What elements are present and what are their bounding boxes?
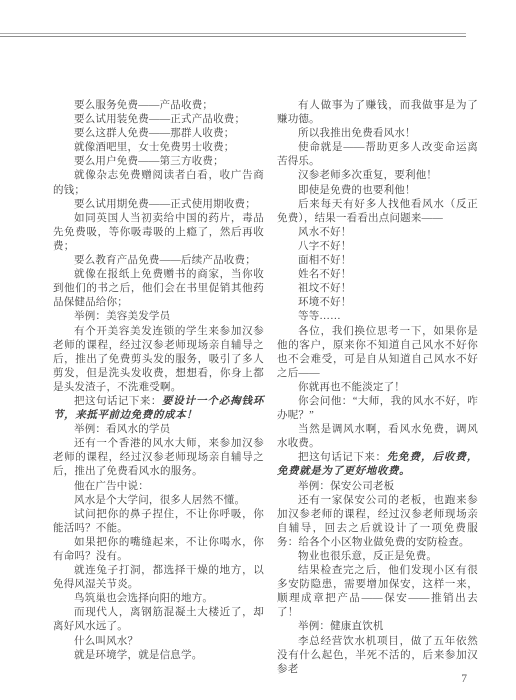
- paragraph-text: 要么试用期免费——正式使用期收费；: [74, 199, 256, 210]
- paragraph-text: 如果把你的嘴缝起来，不让你喝水，你有命吗？没有。: [53, 537, 264, 562]
- paragraph: 汉参老师多次重复，要利他！: [277, 169, 478, 183]
- paragraph-text: 有个开美容美发连锁的学生来参加汉参老师的课程，经过汉参老师现场亲自辅导之后，推出…: [53, 326, 264, 393]
- paragraph: 姓名不好！: [277, 268, 478, 282]
- paragraph-text: 把这句话记下来：: [298, 452, 387, 463]
- paragraph: 当然是调风水啊，看风水免费，调风水收费。: [277, 423, 478, 451]
- book-page: 要么服务免费——产品收费；要么试用装免费——正式产品收费；要么这群人免费——那群…: [0, 0, 516, 700]
- paragraph-text: 风水不好！: [298, 227, 352, 238]
- paragraph-text: 当然是调风水啊，看风水免费，调风水收费。: [277, 424, 478, 449]
- paragraph: 要么这群人免费——那群人收费；: [53, 127, 264, 141]
- paragraph: 风水是个大学问，很多人居然不懂。: [53, 494, 264, 508]
- paragraph: 风水不好！: [277, 226, 478, 240]
- paragraph: 如同英国人当初卖给中国的药片，毒品先免费吸，等你吸毒吸的上瘾了，然后再收费；: [53, 212, 264, 254]
- paragraph-text: 汉参老师多次重复，要利他！: [298, 170, 437, 181]
- paragraph: 要么教育产品免费——后续产品收费；: [53, 254, 264, 268]
- paragraph-text: 面相不好！: [298, 255, 352, 266]
- paragraph: 你会问他：“大师，我的风水不好，咋办呢？”: [277, 395, 478, 423]
- paragraph: 还有一家保安公司的老板，也跑来参加汉参老师的课程，经过汉参老师现场亲自辅导，回去…: [277, 494, 478, 550]
- paragraph-text: 还有一家保安公司的老板，也跑来参加汉参老师的课程，经过汉参老师现场亲自辅导，回去…: [277, 495, 478, 548]
- paragraph: 把这句话记下来：先免费，后收费，免费就是为了更好地收费。: [277, 451, 478, 479]
- paragraph: 就连兔子打洞，都选择干燥的地方，以免得风湿关节炎。: [53, 564, 264, 592]
- paragraph: 环境不好！: [277, 296, 478, 310]
- paragraph: 就是环境学，就是信息学。: [53, 649, 264, 663]
- page-number: 7: [461, 673, 467, 685]
- paragraph: 物业也很乐意，反正是免费。: [277, 550, 478, 564]
- paragraph: 面相不好！: [277, 254, 478, 268]
- paragraph-text: 试问把你的鼻子捏住，不让你呼吸，你能活吗？不能。: [53, 509, 264, 534]
- paragraph: 要么试用期免费——正式使用期收费；: [53, 198, 264, 212]
- paragraph-text: 姓名不好！: [298, 269, 352, 280]
- paragraph: 要么服务免费——产品收费；: [53, 99, 264, 113]
- header-rule: [0, 33, 466, 37]
- paragraph-text: 要么试用装免费——正式产品收费；: [74, 114, 245, 125]
- paragraph-text: 鸟筑巢也会选择向阳的地方。: [74, 593, 213, 604]
- paragraph-text: 各位，我们换位思考一下，如果你是他的客户，原来你不知道自己风水不好你也不会难受，…: [277, 326, 478, 379]
- paragraph: 祖坟不好！: [277, 282, 478, 296]
- paragraph-text: 祖坟不好！: [298, 283, 352, 294]
- paragraph-text: 李总经营饮水机项目，做了五年依然没有什么起色，半死不活的，后来参加汉参老: [277, 636, 478, 675]
- paragraph: 有人做事为了赚钱，而我做事是为了赚功德。: [277, 99, 478, 127]
- paragraph: 他在广告中说：: [53, 480, 264, 494]
- paragraph-text: 而现代人，离钢筋混凝土大楼近了，却离好风水远了。: [53, 607, 264, 632]
- column-right: 有人做事为了赚钱，而我做事是为了赚功德。所以我推出免费看风水！使命就是——帮助更…: [277, 99, 478, 677]
- paragraph: 什么叫风水？: [53, 635, 264, 649]
- paragraph: 使命就是——帮助更多人改变命运离苦得乐。: [277, 141, 478, 169]
- paragraph-text: 即使是免费的也要利他！: [298, 185, 416, 196]
- paragraph: 把这句话记下来：要设计一个必掏钱环节，来抵平前边免费的成本！: [53, 395, 264, 423]
- paragraph-text: 就连兔子打洞，都选择干燥的地方，以免得风湿关节炎。: [53, 565, 264, 590]
- paragraph: 鸟筑巢也会选择向阳的地方。: [53, 592, 264, 606]
- paragraph-text: 就是环境学，就是信息学。: [74, 650, 202, 661]
- paragraph-text: 要么教育产品免费——后续产品收费；: [74, 255, 256, 266]
- paragraph-text: 就像在报纸上免费赠书的商家，当你收到他们的书之后，他们会在书里促销其他药品保健品…: [53, 269, 264, 308]
- paragraph-text: 你会问他：“大师，我的风水不好，咋办呢？”: [277, 396, 478, 421]
- paragraph-text: 所以我推出免费看风水！: [298, 128, 416, 139]
- paragraph-text: 举例：看风水的学员: [74, 424, 170, 435]
- paragraph-text: 要么用户免费——第三方收费；: [74, 156, 224, 167]
- paragraph: 所以我推出免费看风水！: [277, 127, 478, 141]
- paragraph: 八字不好！: [277, 240, 478, 254]
- paragraph-text: 环境不好！: [298, 297, 352, 308]
- paragraph: 就像酒吧里，女士免费男士收费；: [53, 141, 264, 155]
- paragraph: 试问把你的鼻子捏住，不让你呼吸，你能活吗？不能。: [53, 508, 264, 536]
- paragraph: 举例：健康直饮机: [277, 620, 478, 634]
- paragraph-text: 如同英国人当初卖给中国的药片，毒品先免费吸，等你吸毒吸的上瘾了，然后再收费；: [53, 213, 264, 252]
- paragraph-text: 要么这群人免费——那群人收费；: [74, 128, 235, 139]
- paragraph-text: 什么叫风水？: [74, 636, 138, 647]
- paragraph: 如果把你的嘴缝起来，不让你喝水，你有命吗？没有。: [53, 536, 264, 564]
- paragraph-text: 有人做事为了赚钱，而我做事是为了赚功德。: [277, 100, 478, 125]
- paragraph-text: 后来每天有好多人找他看风水（反正免费），结果一看看出点问题来——: [277, 199, 478, 224]
- paragraph-text: 等等……: [298, 311, 341, 322]
- paragraph: 举例：看风水的学员: [53, 423, 264, 437]
- paragraph-text: 要么服务免费——产品收费；: [74, 100, 213, 111]
- paragraph-text: 把这句话记下来：: [74, 396, 162, 407]
- paragraph: 后来每天有好多人找他看风水（反正免费），结果一看看出点问题来——: [277, 198, 478, 226]
- paragraph-text: 物业也很乐意，反正是免费。: [298, 551, 437, 562]
- column-left: 要么服务免费——产品收费；要么试用装免费——正式产品收费；要么这群人免费——那群…: [53, 99, 264, 677]
- paragraph-text: 你就再也不能淡定了！: [298, 382, 405, 393]
- paragraph-text: 风水是个大学问，很多人居然不懂。: [74, 495, 245, 506]
- paragraph: 举例：保安公司老板: [277, 480, 478, 494]
- paragraph-text: 举例：保安公司老板: [298, 481, 394, 492]
- paragraph: 有个开美容美发连锁的学生来参加汉参老师的课程，经过汉参老师现场亲自辅导之后，推出…: [53, 325, 264, 395]
- paragraph-text: 使命就是——帮助更多人改变命运离苦得乐。: [277, 142, 478, 167]
- paragraph: 要么用户免费——第三方收费；: [53, 155, 264, 169]
- paragraph: 还有一个香港的风水大师，来参加汉参老师的课程，经过汉参老师现场亲自辅导之后，推出…: [53, 437, 264, 479]
- paragraph-text: 举例：健康直饮机: [298, 621, 384, 632]
- paragraph: 等等……: [277, 310, 478, 324]
- paragraph: 举例：美容美发学员: [53, 310, 264, 324]
- paragraph: 结果检查完之后，他们发现小区有很多安防隐患，需要增加保安，这样一来，顺理成章把产…: [277, 564, 478, 620]
- paragraph: 李总经营饮水机项目，做了五年依然没有什么起色，半死不活的，后来参加汉参老: [277, 635, 478, 677]
- paragraph-text: 举例：美容美发学员: [74, 311, 170, 322]
- paragraph-text: 还有一个香港的风水大师，来参加汉参老师的课程，经过汉参老师现场亲自辅导之后，推出…: [53, 438, 264, 477]
- paragraph-text: 他在广告中说：: [74, 481, 149, 492]
- paragraph: 你就再也不能淡定了！: [277, 381, 478, 395]
- paragraph-text: 八字不好！: [298, 241, 352, 252]
- paragraph: 就像杂志免费赠阅读者白看，收广告商的钱；: [53, 169, 264, 197]
- page-content: 要么服务免费——产品收费；要么试用装免费——正式产品收费；要么这群人免费——那群…: [53, 99, 478, 677]
- paragraph-text: 结果检查完之后，他们发现小区有很多安防隐患，需要增加保安，这样一来，顺理成章把产…: [277, 565, 478, 618]
- paragraph: 要么试用装免费——正式产品收费；: [53, 113, 264, 127]
- paragraph: 各位，我们换位思考一下，如果你是他的客户，原来你不知道自己风水不好你也不会难受，…: [277, 325, 478, 381]
- paragraph: 而现代人，离钢筋混凝土大楼近了，却离好风水远了。: [53, 606, 264, 634]
- paragraph-text: 就像酒吧里，女士免费男士收费；: [74, 142, 235, 153]
- paragraph: 就像在报纸上免费赠书的商家，当你收到他们的书之后，他们会在书里促销其他药品保健品…: [53, 268, 264, 310]
- paragraph: 即使是免费的也要利他！: [277, 184, 478, 198]
- paragraph-text: 就像杂志免费赠阅读者白看，收广告商的钱；: [53, 170, 264, 195]
